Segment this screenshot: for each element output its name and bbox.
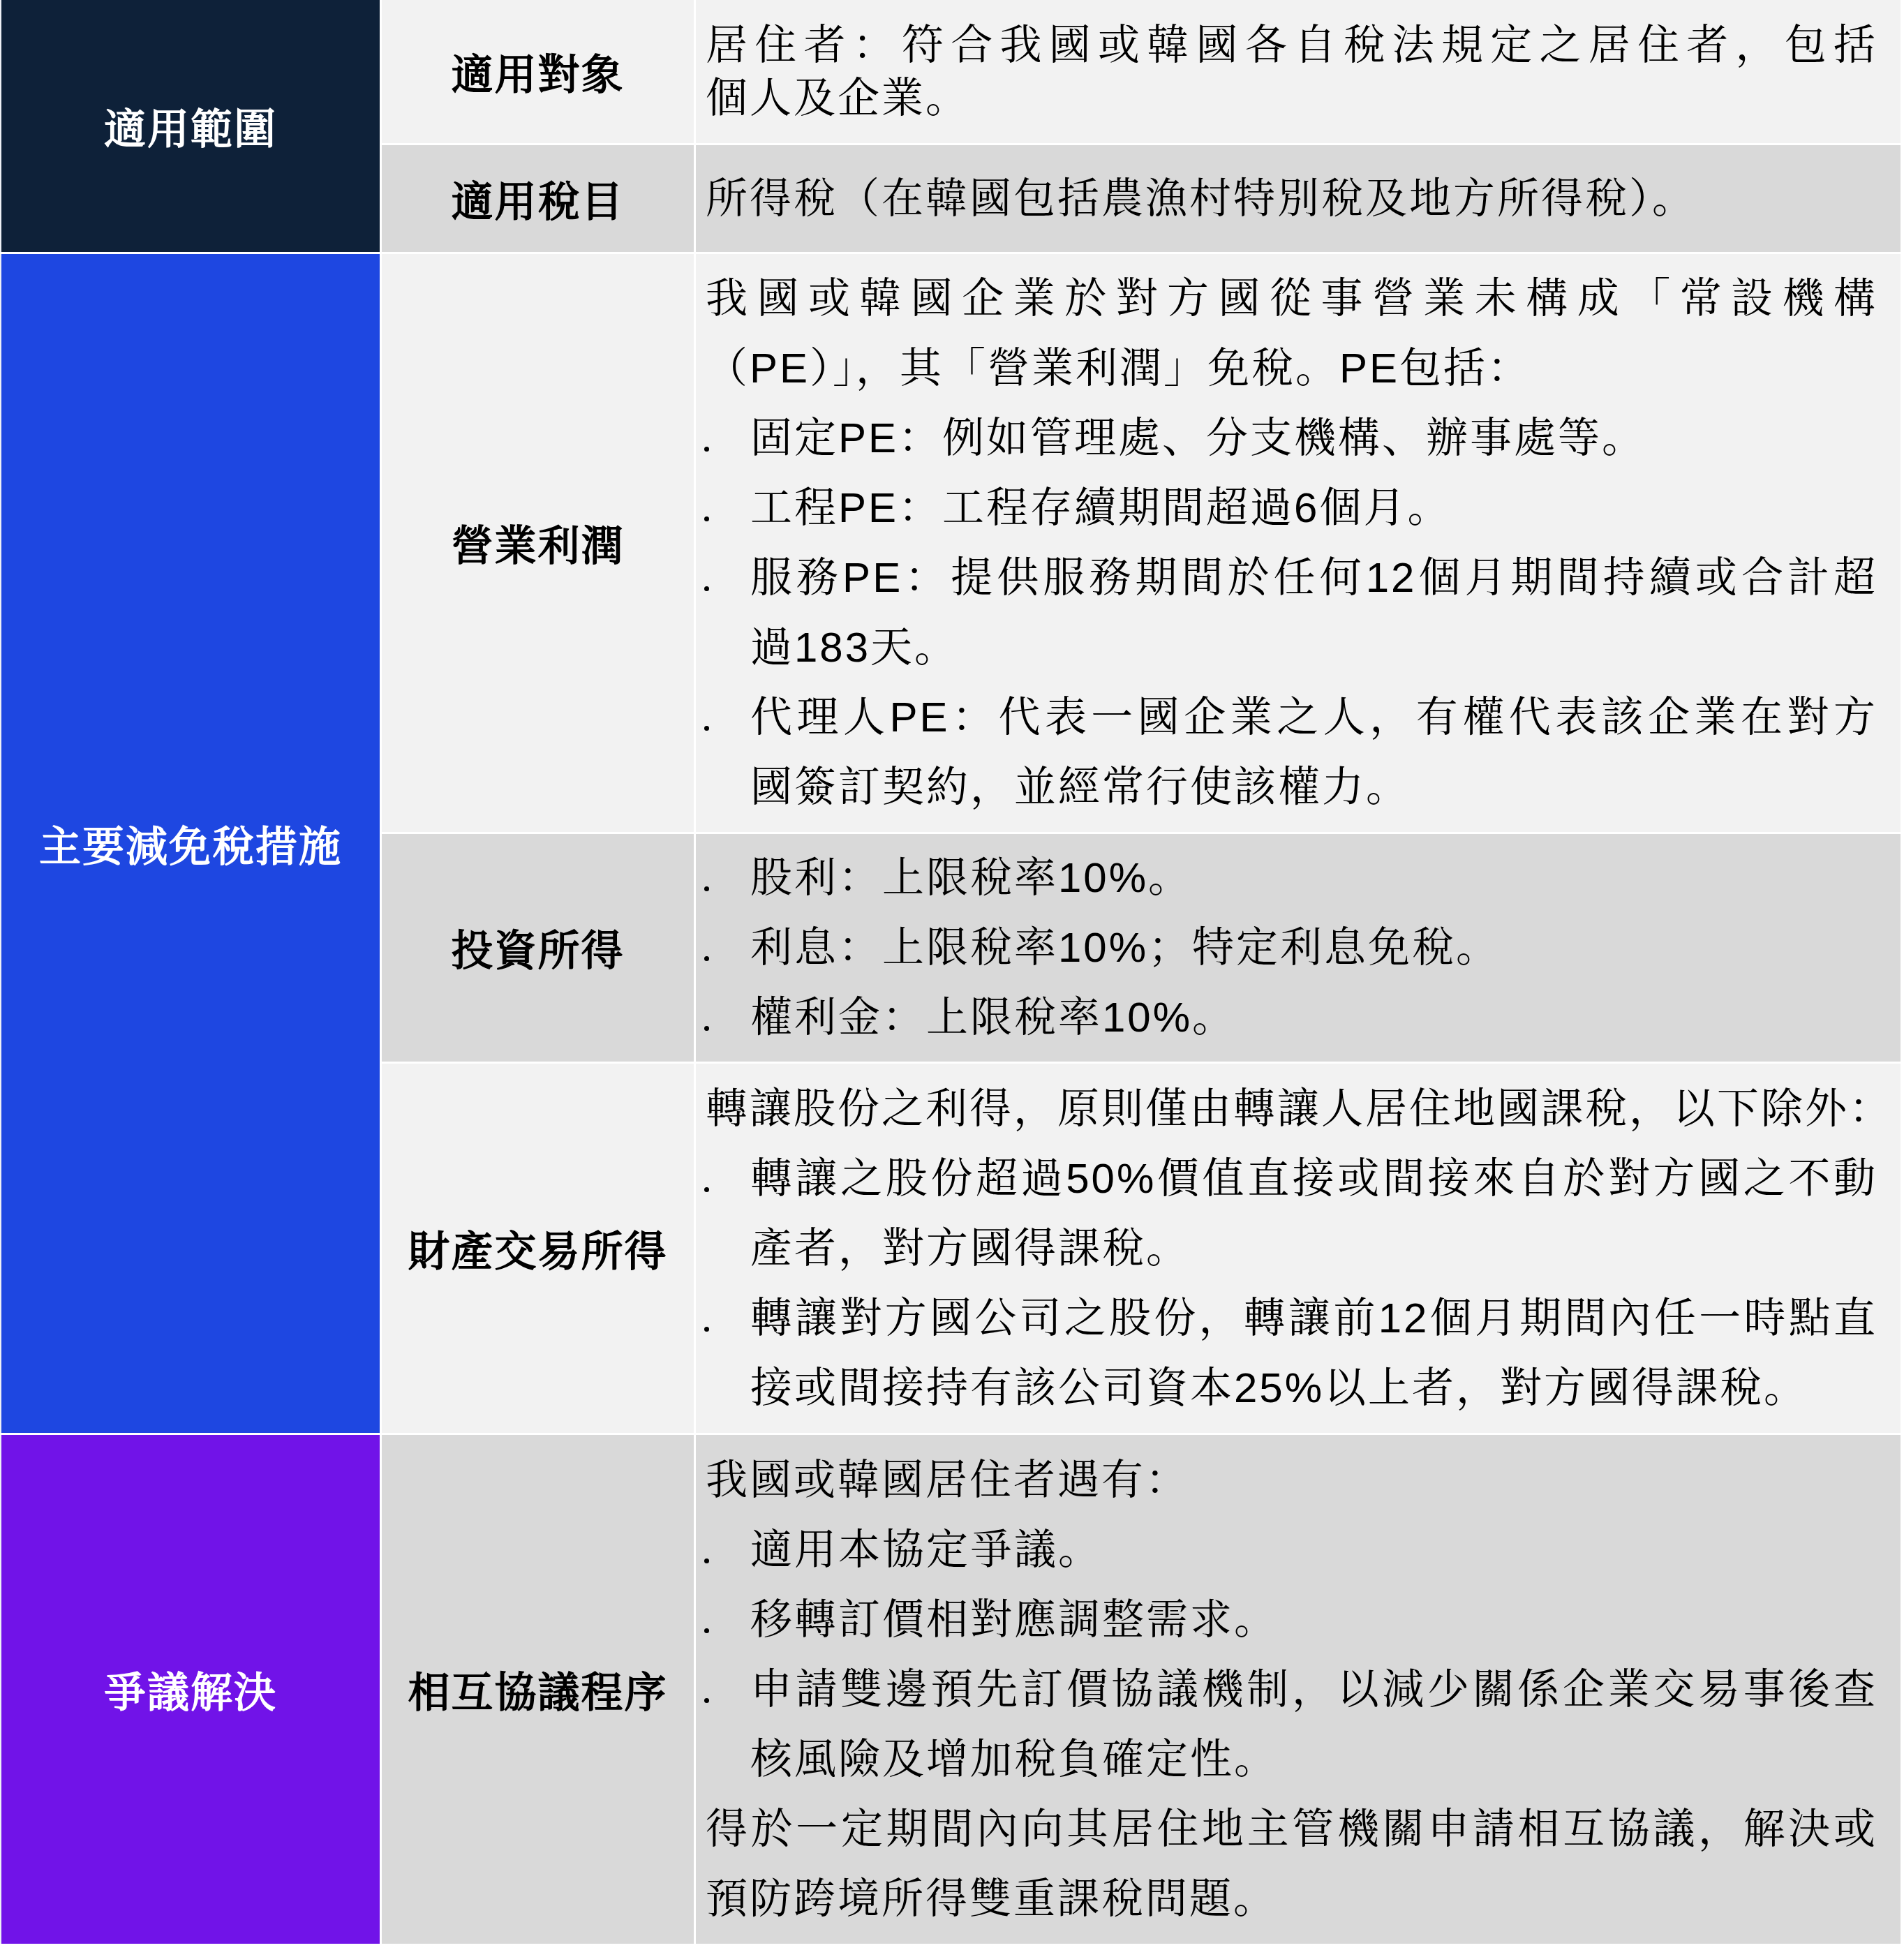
text-line: 申請雙邊預先訂價協議機制，以減少關係企業交易事後查: [750, 1655, 1877, 1725]
row-label: 適用稅目: [452, 169, 625, 229]
section-dispute-resolution: 爭議解決: [0, 1435, 380, 1944]
row-content-mutual-agreement-procedure: 我國或韓國居住者遇有： 適用本協定爭議。 移轉訂價相對應調整需求。 申請雙邊預先…: [696, 1435, 1901, 1944]
text-line: 所得稅（在韓國包括農漁村特別稅及地方所得稅）。: [706, 164, 1877, 234]
section-scope: 適用範圍: [0, 0, 380, 252]
row-content-investment-income: 股利：上限稅率10%。 利息：上限稅率10%；特定利息免稅。 權利金：上限稅率1…: [696, 834, 1901, 1062]
bullet-item: 轉讓對方國公司之股份，轉讓前12個月期間內任一時點直 接或間接持有該公司資本25…: [706, 1283, 1877, 1423]
text-line: 轉讓之股份超過50%價值直接或間接來自於對方國之不動: [750, 1144, 1877, 1214]
row-label-applicable-taxes: 適用稅目: [382, 145, 694, 252]
row-label-business-profits: 營業利潤: [382, 254, 694, 832]
bullet-item: 代理人PE：代表一國企業之人，有權代表該企業在對方 國簽訂契約，並經常行使該權力…: [706, 683, 1877, 822]
bullet-item: 權利金：上限稅率10%。: [706, 983, 1877, 1052]
row-content-applicable-persons: 居住者：符合我國或韓國各自稅法規定之居住者，包括 個人及企業。: [696, 0, 1901, 143]
text-line: 國簽訂契約，並經常行使該權力。: [750, 752, 1877, 822]
text-line: 轉讓對方國公司之股份，轉讓前12個月期間內任一時點直: [750, 1283, 1877, 1353]
text-line: 固定PE：例如管理處、分支機構、辦事處等。: [750, 403, 1877, 473]
text-line: 過183天。: [750, 613, 1877, 683]
text-line: 我國或韓國居住者遇有：: [706, 1445, 1877, 1515]
row-label-investment-income: 投資所得: [382, 834, 694, 1062]
bullet-icon: [704, 1327, 709, 1332]
text-line: 服務PE：提供服務期間於任何12個月期間持續或合計超: [750, 543, 1877, 613]
text-line: 產者，對方國得課稅。: [750, 1214, 1877, 1283]
bullet-item: 服務PE：提供服務期間於任何12個月期間持續或合計超 過183天。: [706, 543, 1877, 683]
bullet-item: 適用本協定爭議。: [706, 1515, 1877, 1585]
text-line: 代理人PE：代表一國企業之人，有權代表該企業在對方: [750, 683, 1877, 752]
bullet-icon: [704, 586, 709, 591]
row-label: 營業利潤: [452, 513, 625, 573]
bullet-icon: [704, 956, 709, 961]
row-label-applicable-persons: 適用對象: [382, 0, 694, 143]
text-line: 權利金：上限稅率10%。: [750, 983, 1877, 1052]
paragraph: 得於一定期間內向其居住地主管機關申請相互協議，解決或 預防跨境所得雙重課稅問題。: [706, 1794, 1877, 1934]
bullet-icon: [704, 1187, 709, 1192]
text-line: 適用本協定爭議。: [750, 1515, 1877, 1585]
paragraph: 我國或韓國居住者遇有：: [706, 1445, 1877, 1515]
bullet-item: 移轉訂價相對應調整需求。: [706, 1585, 1877, 1655]
bullet-icon: [704, 1026, 709, 1031]
text-line: 得於一定期間內向其居住地主管機關申請相互協議，解決或: [706, 1794, 1877, 1864]
bullet-icon: [704, 1698, 709, 1703]
text-line: 股利：上限稅率10%。: [750, 843, 1877, 913]
row-label: 財產交易所得: [408, 1219, 668, 1279]
row-content-applicable-taxes: 所得稅（在韓國包括農漁村特別稅及地方所得稅）。: [696, 145, 1901, 252]
text-line: （PE）」，其「營業利潤」免稅。PE包括：: [706, 334, 1877, 403]
text-line: 居住者：符合我國或韓國各自稅法規定之居住者，包括: [706, 19, 1877, 72]
bullet-item: 固定PE：例如管理處、分支機構、辦事處等。: [706, 403, 1877, 473]
text-line: 核風險及增加稅負確定性。: [750, 1725, 1877, 1794]
bullet-icon: [704, 1628, 709, 1633]
bullet-icon: [704, 516, 709, 521]
text-line: 移轉訂價相對應調整需求。: [750, 1585, 1877, 1655]
section-main-tax-relief: 主要減免稅措施: [0, 254, 380, 1433]
bullet-icon: [704, 886, 709, 891]
row-label: 相互協議程序: [408, 1660, 668, 1720]
bullet-item: 股利：上限稅率10%。: [706, 843, 1877, 913]
text-line: 預防跨境所得雙重課稅問題。: [706, 1864, 1877, 1934]
text-line: 接或間接持有該公司資本25%以上者，對方國得課稅。: [750, 1353, 1877, 1423]
text-line: 我國或韓國企業於對方國從事營業未構成「常設機構: [706, 264, 1877, 334]
bullet-item: 申請雙邊預先訂價協議機制，以減少關係企業交易事後查 核風險及增加稅負確定性。: [706, 1655, 1877, 1794]
section-label: 適用範圍: [104, 96, 277, 156]
row-label-mutual-agreement-procedure: 相互協議程序: [382, 1435, 694, 1944]
bullet-icon: [704, 726, 709, 731]
section-label: 主要減免稅措施: [39, 814, 342, 874]
text-line: 轉讓股份之利得，原則僅由轉讓人居住地國課稅，以下除外：: [706, 1074, 1877, 1144]
row-content-capital-gains: 轉讓股份之利得，原則僅由轉讓人居住地國課稅，以下除外： 轉讓之股份超過50%價值…: [696, 1064, 1901, 1433]
row-label: 投資所得: [452, 918, 625, 978]
row-label-capital-gains: 財產交易所得: [382, 1064, 694, 1433]
bullet-icon: [704, 447, 709, 452]
row-label: 適用對象: [452, 42, 625, 102]
section-label: 爭議解決: [104, 1660, 277, 1720]
paragraph: 我國或韓國企業於對方國從事營業未構成「常設機構 （PE）」，其「營業利潤」免稅。…: [706, 264, 1877, 403]
tax-treaty-table: 適用範圍 主要減免稅措施 爭議解決 適用對象 居住者：符合我國或韓國各自稅法規定…: [0, 0, 1901, 1944]
row-content-business-profits: 我國或韓國企業於對方國從事營業未構成「常設機構 （PE）」，其「營業利潤」免稅。…: [696, 254, 1901, 832]
text-line: 利息：上限稅率10%；特定利息免稅。: [750, 913, 1877, 983]
text-line: 工程PE：工程存續期間超過6個月。: [750, 473, 1877, 543]
bullet-icon: [704, 1558, 709, 1563]
bullet-item: 工程PE：工程存續期間超過6個月。: [706, 473, 1877, 543]
text-line: 個人及企業。: [706, 72, 1877, 125]
paragraph: 轉讓股份之利得，原則僅由轉讓人居住地國課稅，以下除外：: [706, 1074, 1877, 1144]
bullet-item: 轉讓之股份超過50%價值直接或間接來自於對方國之不動 產者，對方國得課稅。: [706, 1144, 1877, 1283]
bullet-item: 利息：上限稅率10%；特定利息免稅。: [706, 913, 1877, 983]
